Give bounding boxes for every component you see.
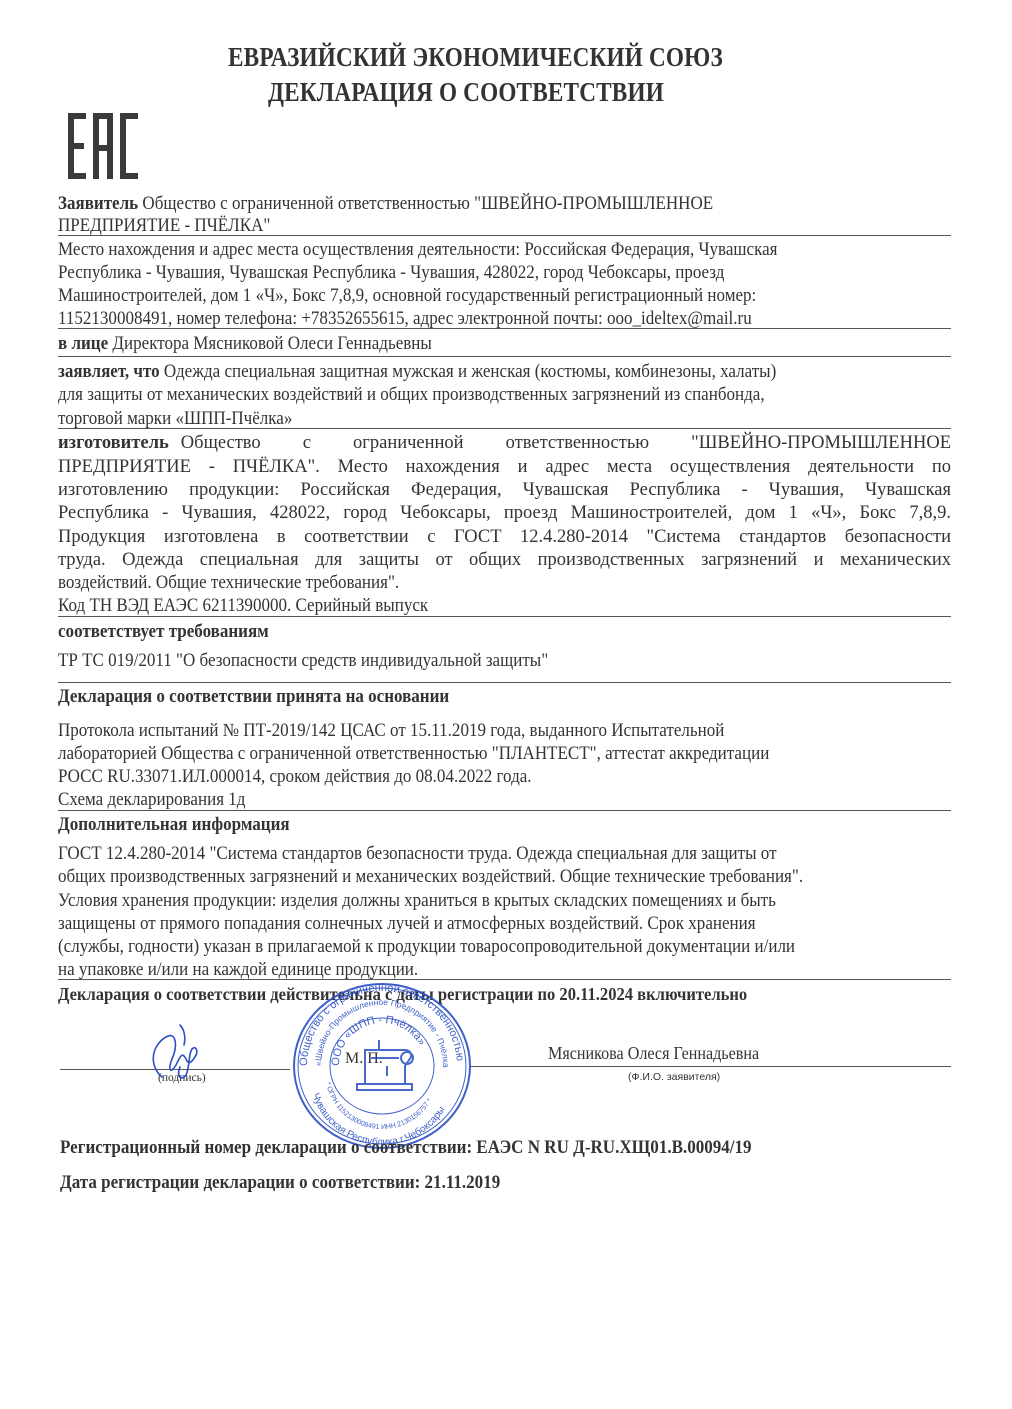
- basis-label: Декларация о соответствии принята на осн…: [58, 686, 449, 708]
- registration-date: Дата регистрации декларации о соответств…: [60, 1172, 500, 1194]
- document-title: ДЕКЛАРАЦИЯ О СООТВЕТСТВИИ: [268, 77, 664, 108]
- manufacturer-line-1: изготовитель Общество с ограниченной отв…: [58, 432, 951, 454]
- applicant-name-caption: (Ф.И.О. заявителя): [628, 1071, 720, 1083]
- additional-line: общих производственных загрязнений и мех…: [58, 866, 803, 888]
- address-line: 1152130008491, номер телефона: +78352655…: [58, 308, 752, 330]
- declares-line-3: торговой марки «ШПП-Пчёлка»: [58, 408, 292, 430]
- additional-line: (службы, годности) указан в прилагаемой …: [58, 936, 795, 958]
- address-line: Республика - Чувашия, Чувашская Республи…: [58, 262, 724, 284]
- additional-line: ГОСТ 12.4.280-2014 "Система стандартов б…: [58, 843, 777, 865]
- additional-info-label: Дополнительная информация: [58, 814, 290, 836]
- represented-by: в лице Директора Мясниковой Олеси Геннад…: [58, 333, 432, 355]
- basis-line: РОСС RU.33071.ИЛ.000014, сроком действия…: [58, 766, 532, 788]
- declares-line-1: заявляет, что Одежда специальная защитна…: [58, 361, 776, 383]
- signature-icon: [140, 1015, 220, 1085]
- divider: [58, 682, 951, 683]
- manufacturer-label: изготовитель: [58, 432, 169, 454]
- divider: [58, 328, 951, 329]
- manufacturer-text-line: изготовлению продукции: Российская Федер…: [58, 479, 951, 501]
- manufacturer-text-line: Республика - Чувашия, 428022, город Чебо…: [58, 502, 951, 524]
- additional-line: Условия хранения продукции: изделия долж…: [58, 890, 776, 912]
- manufacturer-text-line: Продукция изготовлена в соответствии с Г…: [58, 526, 951, 548]
- union-title: ЕВРАЗИЙСКИЙ ЭКОНОМИЧЕСКИЙ СОЮЗ: [228, 42, 723, 73]
- applicant-name: Мясникова Олеся Геннадьевна: [548, 1042, 759, 1064]
- divider: [58, 810, 951, 811]
- address-line: Машиностроителей, дом 1 «Ч», Бокс 7,8,9,…: [58, 285, 756, 307]
- company-seal-icon: Общество с ограниченной ответственностью…: [287, 980, 477, 1152]
- complies-label: соответствует требованиям: [58, 621, 269, 643]
- divider: [58, 356, 951, 357]
- technical-regulation: ТР ТС 019/2011 "О безопасности средств и…: [58, 650, 548, 672]
- declares-line-2: для защиты от механических воздействий и…: [58, 384, 765, 406]
- eac-logo-icon: [68, 113, 138, 179]
- basis-line: лабораторией Общества с ограниченной отв…: [58, 743, 769, 765]
- declaration-scheme: Схема декларирования 1д: [58, 789, 245, 811]
- manufacturer-last-line: воздействий. Общие технические требовани…: [58, 572, 399, 594]
- tnved-code: Код ТН ВЭД ЕАЭС 6211390000. Серийный вып…: [58, 595, 428, 617]
- manufacturer-text-line: ПРЕДПРИЯТИЕ - ПЧЁЛКА". Место нахождения …: [58, 456, 951, 478]
- additional-line: на упаковке и/или на каждой единице прод…: [58, 959, 418, 981]
- additional-line: защищены от прямого попадания солнечных …: [58, 913, 756, 935]
- divider: [58, 616, 951, 617]
- divider: [58, 979, 951, 980]
- registration-number: Регистрационный номер декларации о соотв…: [60, 1137, 751, 1159]
- name-line: [470, 1066, 951, 1067]
- divider: [58, 428, 951, 429]
- manufacturer-text-line: труда. Одежда специальная для защиты от …: [58, 549, 951, 571]
- address-line: Место нахождения и адрес места осуществл…: [58, 239, 777, 261]
- applicant-line-2: ПРЕДПРИЯТИЕ - ПЧЁЛКА": [58, 215, 270, 237]
- represented-by-label: в лице: [58, 334, 108, 354]
- applicant-line-1: Заявитель Общество с ограниченной ответс…: [58, 193, 713, 215]
- declares-label: заявляет, что: [58, 362, 160, 382]
- divider: [58, 235, 951, 236]
- sewing-machine-icon: [357, 1040, 413, 1090]
- applicant-label: Заявитель: [58, 194, 138, 214]
- basis-line: Протокола испытаний № ПТ-2019/142 ЦСАС о…: [58, 720, 724, 742]
